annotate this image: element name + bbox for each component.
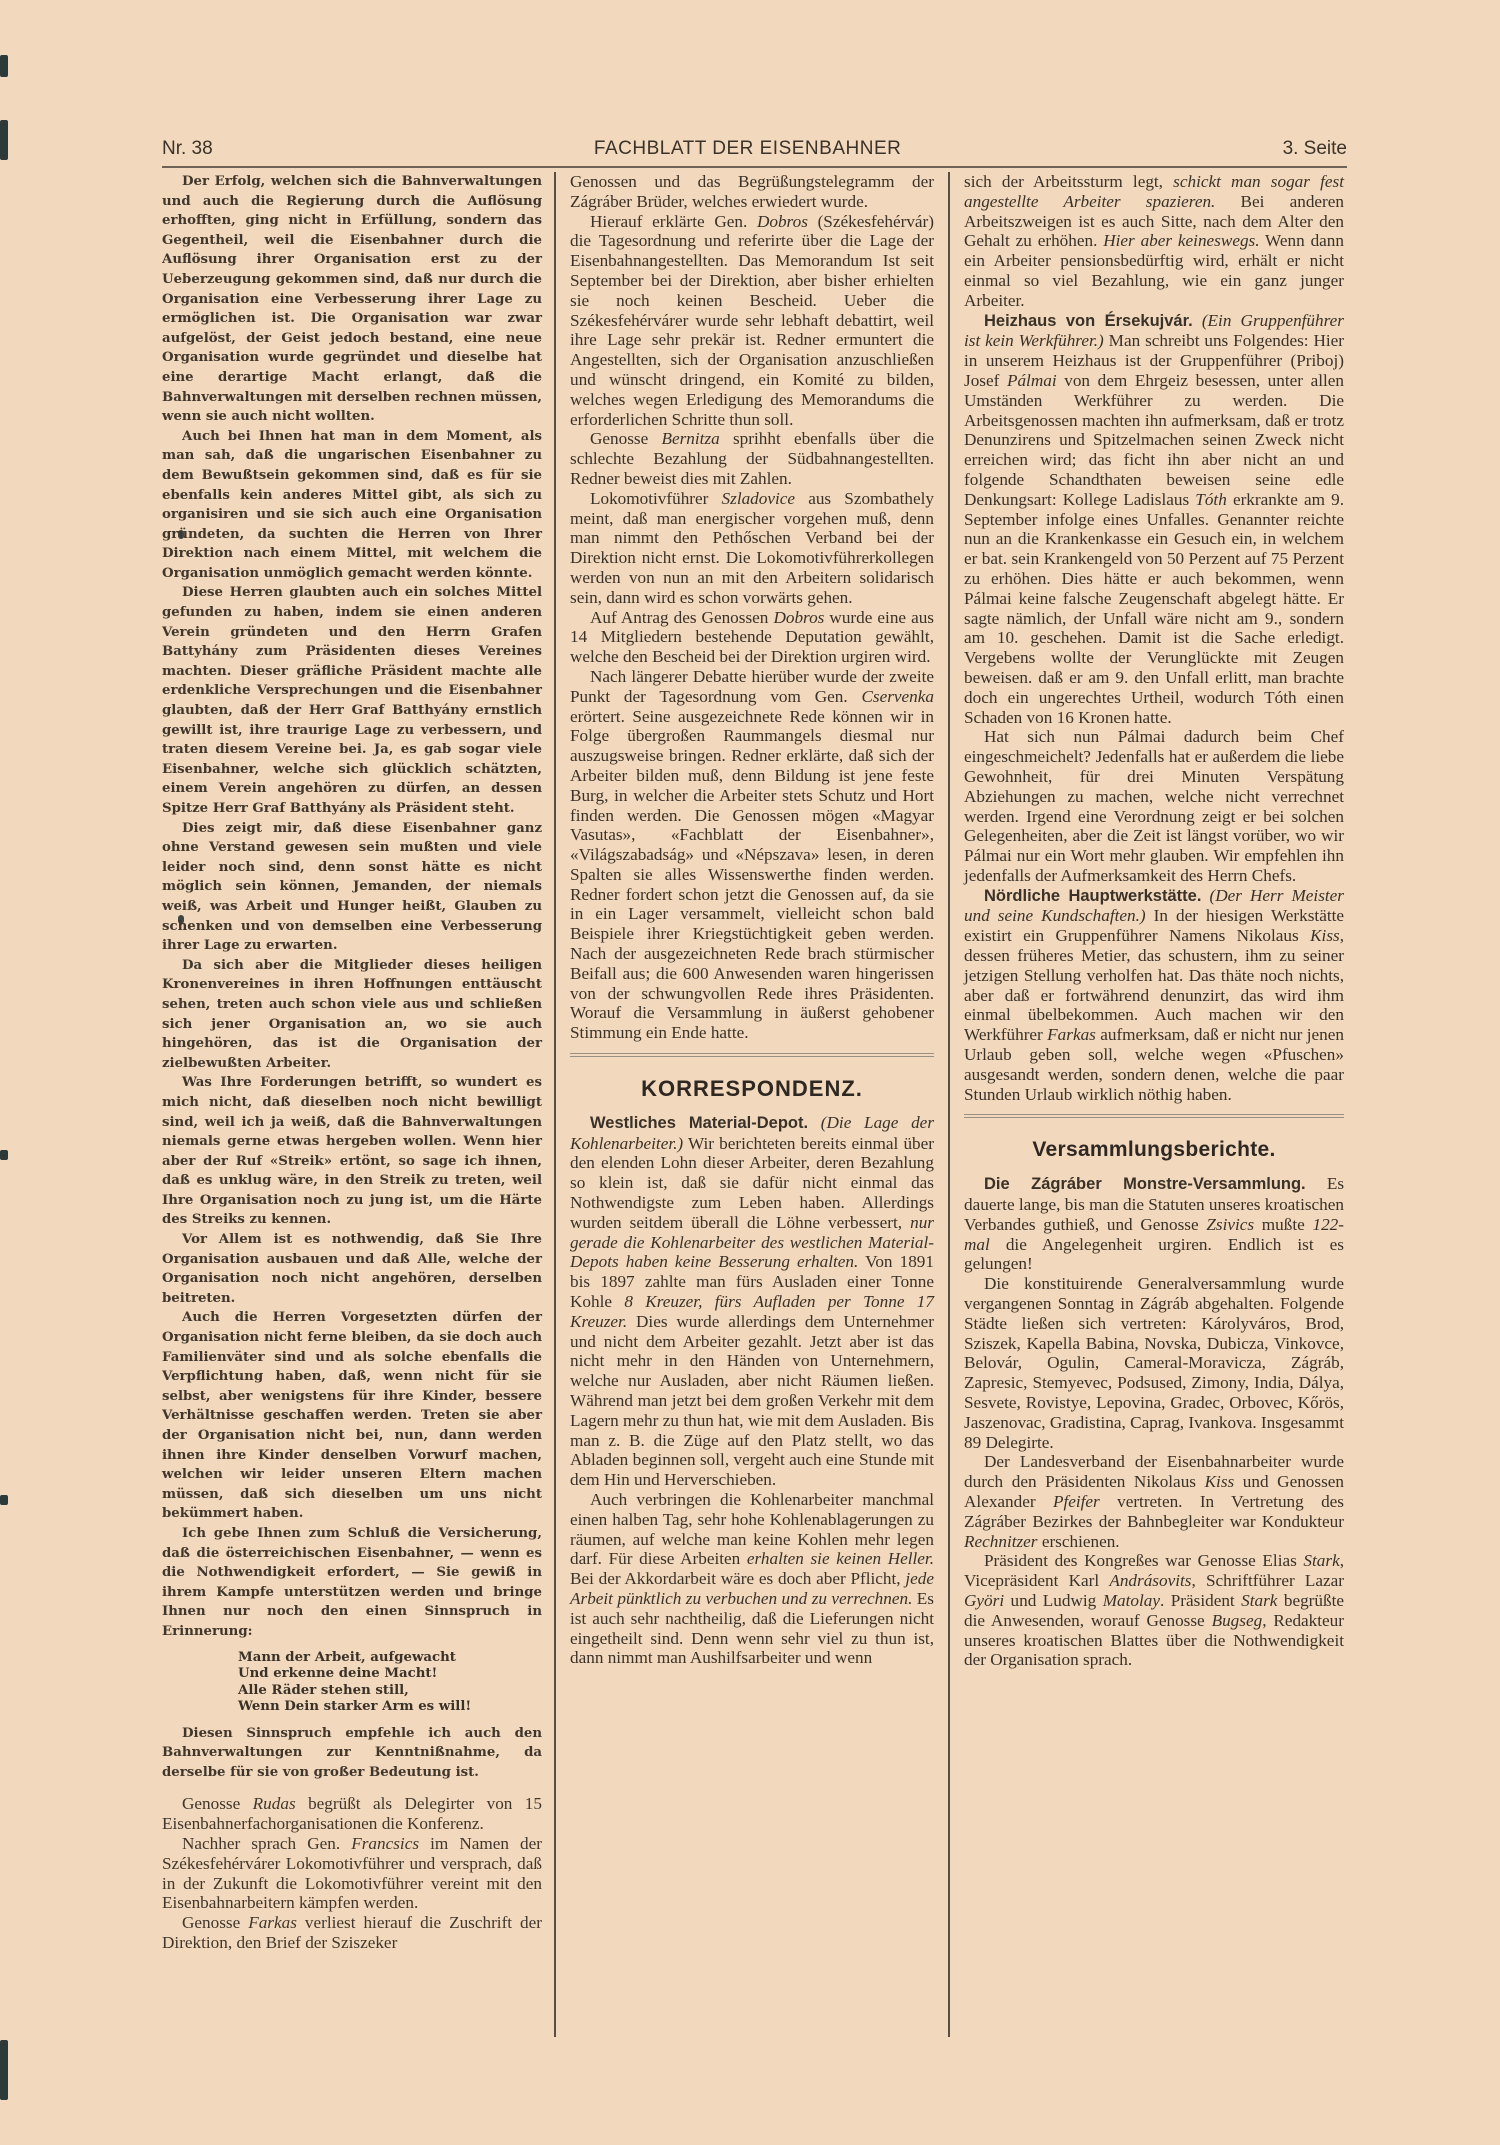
poem-line: Wenn Dein starker Arm es will! [238, 1699, 542, 1716]
column-2: Genossen und das Begrüßungstelegramm der… [556, 172, 950, 2037]
paragraph: Auch die Herren Vorgesetzten dürfen der … [162, 1308, 542, 1524]
item-heading: Heizhaus von Érsekujvár. [984, 312, 1193, 330]
poem-line: Und erkenne deine Macht! [238, 1666, 542, 1683]
column-3: sich der Arbeitssturm legt, schickt man … [950, 172, 1344, 2052]
issue-number: Nr. 38 [162, 138, 213, 160]
poem-line: Alle Räder stehen still, [238, 1683, 542, 1700]
column-1: Der Erfolg, welchen sich die Bahnverwalt… [162, 172, 556, 2037]
paragraph: sich der Arbeitssturm legt, schickt man … [964, 172, 1344, 311]
paragraph: Was Ihre Forderungen betrifft, so wunder… [162, 1073, 542, 1230]
paragraph: Diese Herren glaubten auch ein solches M… [162, 583, 542, 818]
report-paragraph: Genosse Rudas begrüßt als Delegirter von… [162, 1794, 542, 1834]
paragraph: Nach längerer Debatte hierüber wurde der… [570, 667, 934, 1043]
report-paragraph: Genosse Farkas verliest hierauf die Zusc… [162, 1913, 542, 1953]
correspondence-item: Heizhaus von Érsekujvár. (Ein Gruppenfüh… [964, 311, 1344, 728]
paragraph: Der Erfolg, welchen sich die Bahnverwalt… [162, 172, 542, 427]
paragraph: Genosse Bernitza sprihht ebenfalls über … [570, 429, 934, 488]
paragraph: Vor Allem ist es nothwendig, daß Sie Ihr… [162, 1230, 542, 1308]
item-heading: Die Zágráber Monstre-Versammlung. [984, 1175, 1306, 1193]
item-heading: Westliches Material-Depot. [590, 1114, 808, 1132]
scan-edge-marks [0, 0, 14, 2145]
paragraph: Auf Antrag des Genossen Dobros wurde ein… [570, 608, 934, 667]
paragraph: Genossen und das Begrüßungstelegramm der… [570, 172, 934, 212]
section-title-korrespondenz: KORRESPONDENZ. [570, 1079, 934, 1099]
person-name: Farkas [248, 1913, 297, 1932]
paragraph: Lokomotivführer Szladovice aus Szombathe… [570, 489, 934, 608]
paragraph: Da sich aber die Mitglieder dieses heili… [162, 956, 542, 1074]
person-name: Cservenka [861, 687, 934, 706]
paragraph: Die konstituirende Generalversammlung wu… [964, 1274, 1344, 1452]
paragraph: Hat sich nun Pálmai dadurch beim Chef ei… [964, 727, 1344, 885]
person-name: Dobros [757, 212, 808, 231]
section-title-versammlungsberichte: Versammlungsberichte. [964, 1140, 1344, 1160]
paragraph: Auch verbringen die Kohlenarbeiter manch… [570, 1490, 934, 1668]
paragraph: Ich gebe Ihnen zum Schluß die Versicheru… [162, 1524, 542, 1642]
person-name: Francsics [351, 1834, 419, 1853]
person-name: Szladovice [722, 489, 796, 508]
section-divider [570, 1053, 934, 1057]
person-name: Dobros [773, 608, 824, 627]
paragraph: Der Landesverband der Eisenbahnarbeiter … [964, 1452, 1344, 1551]
person-name: Bernitza [661, 429, 719, 448]
page-number: 3. Seite [1283, 138, 1347, 160]
report-paragraph: Nachher sprach Gen. Francsics im Namen d… [162, 1834, 542, 1913]
poem-line: Mann der Arbeit, aufgewacht [238, 1650, 542, 1667]
correspondence-item: Westliches Material-Depot. (Die Lage der… [570, 1113, 934, 1490]
motto-poem: Mann der Arbeit, aufgewacht Und erkenne … [238, 1650, 542, 1716]
paragraph: Auch bei Ihnen hat man in dem Moment, al… [162, 427, 542, 584]
paragraph: Dies zeigt mir, daß diese Eisenbahner ga… [162, 819, 542, 956]
paragraph: Präsident des Kongreßes war Genosse Elia… [964, 1551, 1344, 1670]
paragraph: Hierauf erklärte Gen. Dobros (Székesfehé… [570, 212, 934, 430]
person-name: Rudas [253, 1794, 296, 1813]
item-heading: Nördliche Hauptwerkstätte. [984, 887, 1201, 905]
meeting-report: Die Zágráber Monstre-Versammlung. Es dau… [964, 1174, 1344, 1274]
running-header: Nr. 38 FACHBLATT DER EISENBAHNER 3. Seit… [162, 132, 1347, 168]
publication-title: FACHBLATT DER EISENBAHNER [594, 138, 901, 160]
correspondence-item: Nördliche Hauptwerkstätte. (Der Herr Mei… [964, 886, 1344, 1105]
section-divider [964, 1114, 1344, 1118]
article-columns: Der Erfolg, welchen sich die Bahnverwalt… [162, 172, 1347, 2052]
paragraph: Diesen Sinnspruch empfehle ich auch den … [162, 1724, 542, 1783]
